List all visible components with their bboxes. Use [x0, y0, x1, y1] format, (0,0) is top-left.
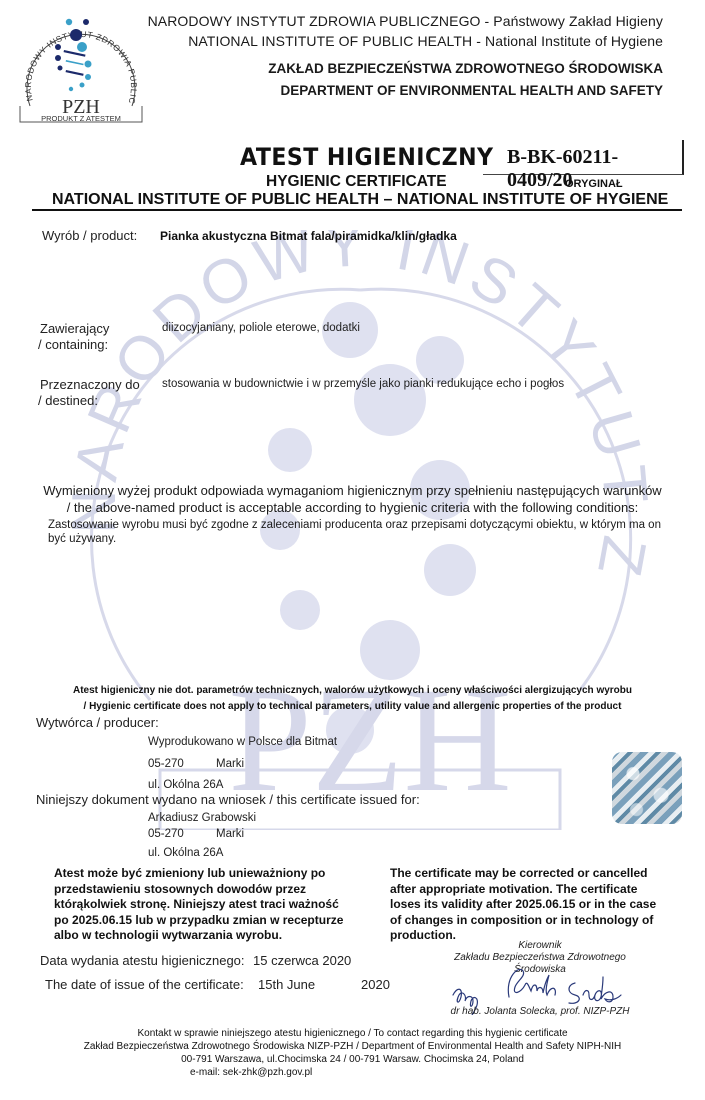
- department-name-pl: ZAKŁAD BEZPIECZEŃSTWA ZDROWOTNEGO ŚRODOW…: [268, 61, 663, 76]
- signature-role-line1: Kierownik: [440, 940, 640, 952]
- producer-name: Wyprodukowano w Polsce dla Bitmat: [148, 735, 337, 749]
- validity-en: The certificate may be corrected or canc…: [390, 866, 670, 944]
- signature-role-line2: Zakładu Bezpieczeństwa Zdrowotnego: [440, 952, 640, 964]
- institution-line: NATIONAL INSTITUTE OF PUBLIC HEALTH – NA…: [32, 191, 682, 211]
- certificate-subtitle: HYGIENIC CERTIFICATE: [266, 173, 447, 191]
- issued-for-name: Arkadiusz Grabowski: [148, 811, 256, 825]
- issued-for-city: Marki: [216, 827, 244, 841]
- pzh-logo: NARODOWY INSTYTUT ZDROWIA PUBLICZNEGO PZ…: [6, 4, 156, 124]
- institute-name-pl: NARODOWY INSTYTUT ZDROWIA PUBLICZNEGO - …: [148, 13, 663, 29]
- conditions-intro-pl: Wymieniony wyżej produkt odpowiada wymag…: [20, 482, 685, 499]
- logo-caption: PRODUKT Z ATESTEM: [41, 114, 121, 123]
- footer-department: Zakład Bezpieczeństwa Zdrowotnego Środow…: [0, 1040, 705, 1053]
- issued-for-postal-code: 05-270: [148, 827, 184, 841]
- issue-date-value-pl: 15 czerwca 2020: [253, 953, 351, 969]
- destined-label-en: / destined:: [38, 393, 98, 409]
- department-name-en: DEPARTMENT OF ENVIRONMENTAL HEALTH AND S…: [281, 83, 664, 98]
- issued-for-label: Niniejszy dokument wydano na wniosek / t…: [36, 792, 420, 808]
- issue-date-label-en: The date of issue of the certificate:: [45, 977, 244, 993]
- containing-label-pl: Zawierający: [40, 321, 109, 337]
- producer-street: ul. Okólna 26A: [148, 778, 223, 792]
- issue-date-value-en-day: 15th June: [258, 977, 315, 993]
- issue-date-label-pl: Data wydania atestu higienicznego:: [40, 953, 245, 969]
- certificate-title: ATEST HIGIENICZNY: [240, 143, 493, 171]
- conditions-intro-en: / the above-named product is acceptable …: [20, 499, 685, 516]
- conditions-text: Zastosowanie wyrobu musi być zgodne z za…: [48, 518, 678, 546]
- issued-for-street: ul. Okólna 26A: [148, 846, 223, 860]
- destined-value: stosowania w budownictwie i w przemyśle …: [162, 378, 564, 390]
- containing-label-en: / containing:: [38, 337, 108, 353]
- disclaimer-pl: Atest higieniczny nie dot. parametrów te…: [20, 683, 685, 698]
- certificate-number-box: B-BK-60211-0409/20: [483, 140, 684, 175]
- signatory-name: dr hab. Jolanta Solecka, prof. NIZP-PZH: [440, 1006, 640, 1018]
- footer-contact-intro: Kontakt w sprawie niniejszego atestu hig…: [0, 1027, 705, 1040]
- disclaimer-en: / Hygienic certificate does not apply to…: [20, 699, 685, 714]
- institute-name-en: NATIONAL INSTITUTE OF PUBLIC HEALTH - Na…: [188, 33, 663, 49]
- producer-label: Wytwórca / producer:: [36, 715, 159, 731]
- original-label: ORYGINAŁ: [565, 178, 623, 190]
- footer-email[interactable]: e-mail: sek-zhk@pzh.gov.pl: [190, 1066, 312, 1079]
- product-value: Pianka akustyczna Bitmat fala/piramidka/…: [160, 229, 457, 243]
- hologram-sticker: [612, 752, 682, 824]
- validity-pl: Atest może być zmieniony lub unieważnion…: [54, 866, 354, 944]
- footer-address: 00-791 Warszawa, ul.Chocimska 24 / 00-79…: [0, 1053, 705, 1066]
- producer-postal-code: 05-270: [148, 757, 184, 771]
- issue-date-value-en-year: 2020: [361, 977, 390, 993]
- destined-label-pl: Przeznaczony do: [40, 377, 140, 393]
- product-label: Wyrób / product:: [42, 228, 137, 244]
- containing-value: diizocyjaniany, poliole eterowe, dodatki: [162, 322, 360, 334]
- producer-city: Marki: [216, 757, 244, 771]
